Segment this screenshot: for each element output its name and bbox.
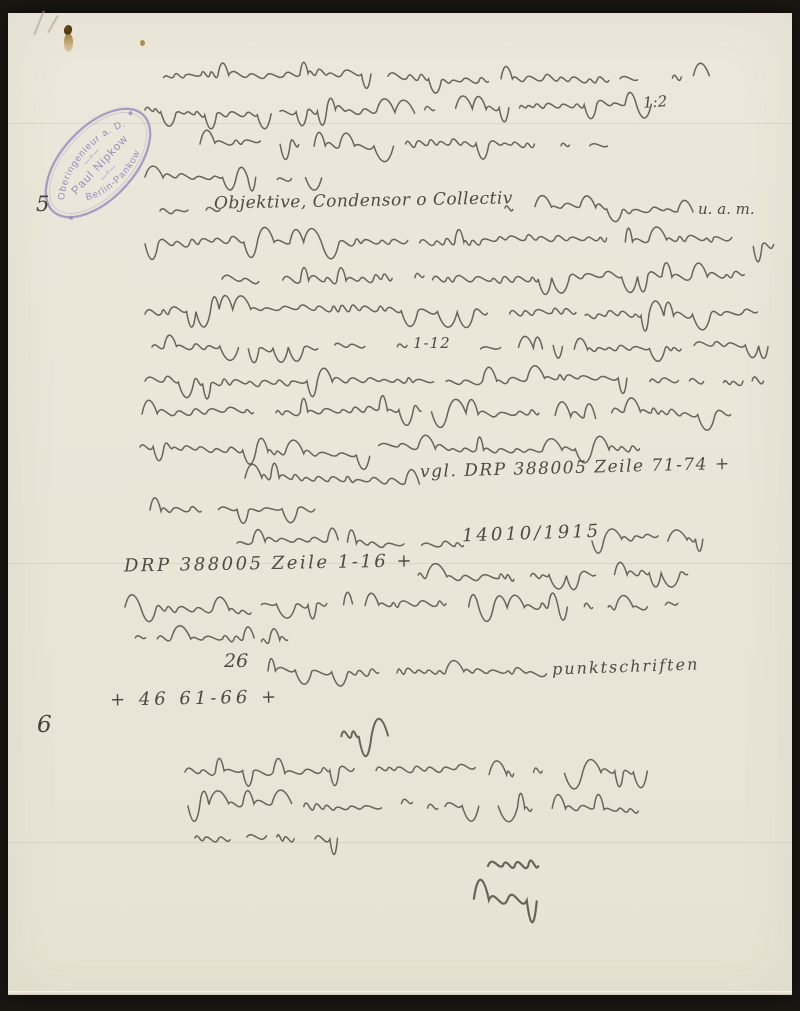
fragment-etcetera: u. a. m. — [698, 200, 755, 218]
fragment-count: 26 — [224, 650, 248, 672]
margin-section-number-6: 6 — [37, 712, 52, 738]
fragment-ratio: 1:2 — [642, 92, 667, 112]
fold-line — [8, 842, 792, 843]
fragment-range-a: 1-12 — [413, 334, 451, 352]
paper-bottom-edge — [8, 991, 792, 995]
fragment-range-b: + 46 61-66 + — [110, 687, 280, 711]
stamp-star-icon: ✱ — [67, 214, 76, 222]
scanned-manuscript-page: Oberingenieur a. D. —✧— Paul Nipkow —✧— … — [0, 0, 800, 1011]
ink-blot-tail — [64, 34, 73, 52]
margin-section-number-5: 5 — [36, 192, 49, 216]
ink-speck — [140, 40, 145, 46]
